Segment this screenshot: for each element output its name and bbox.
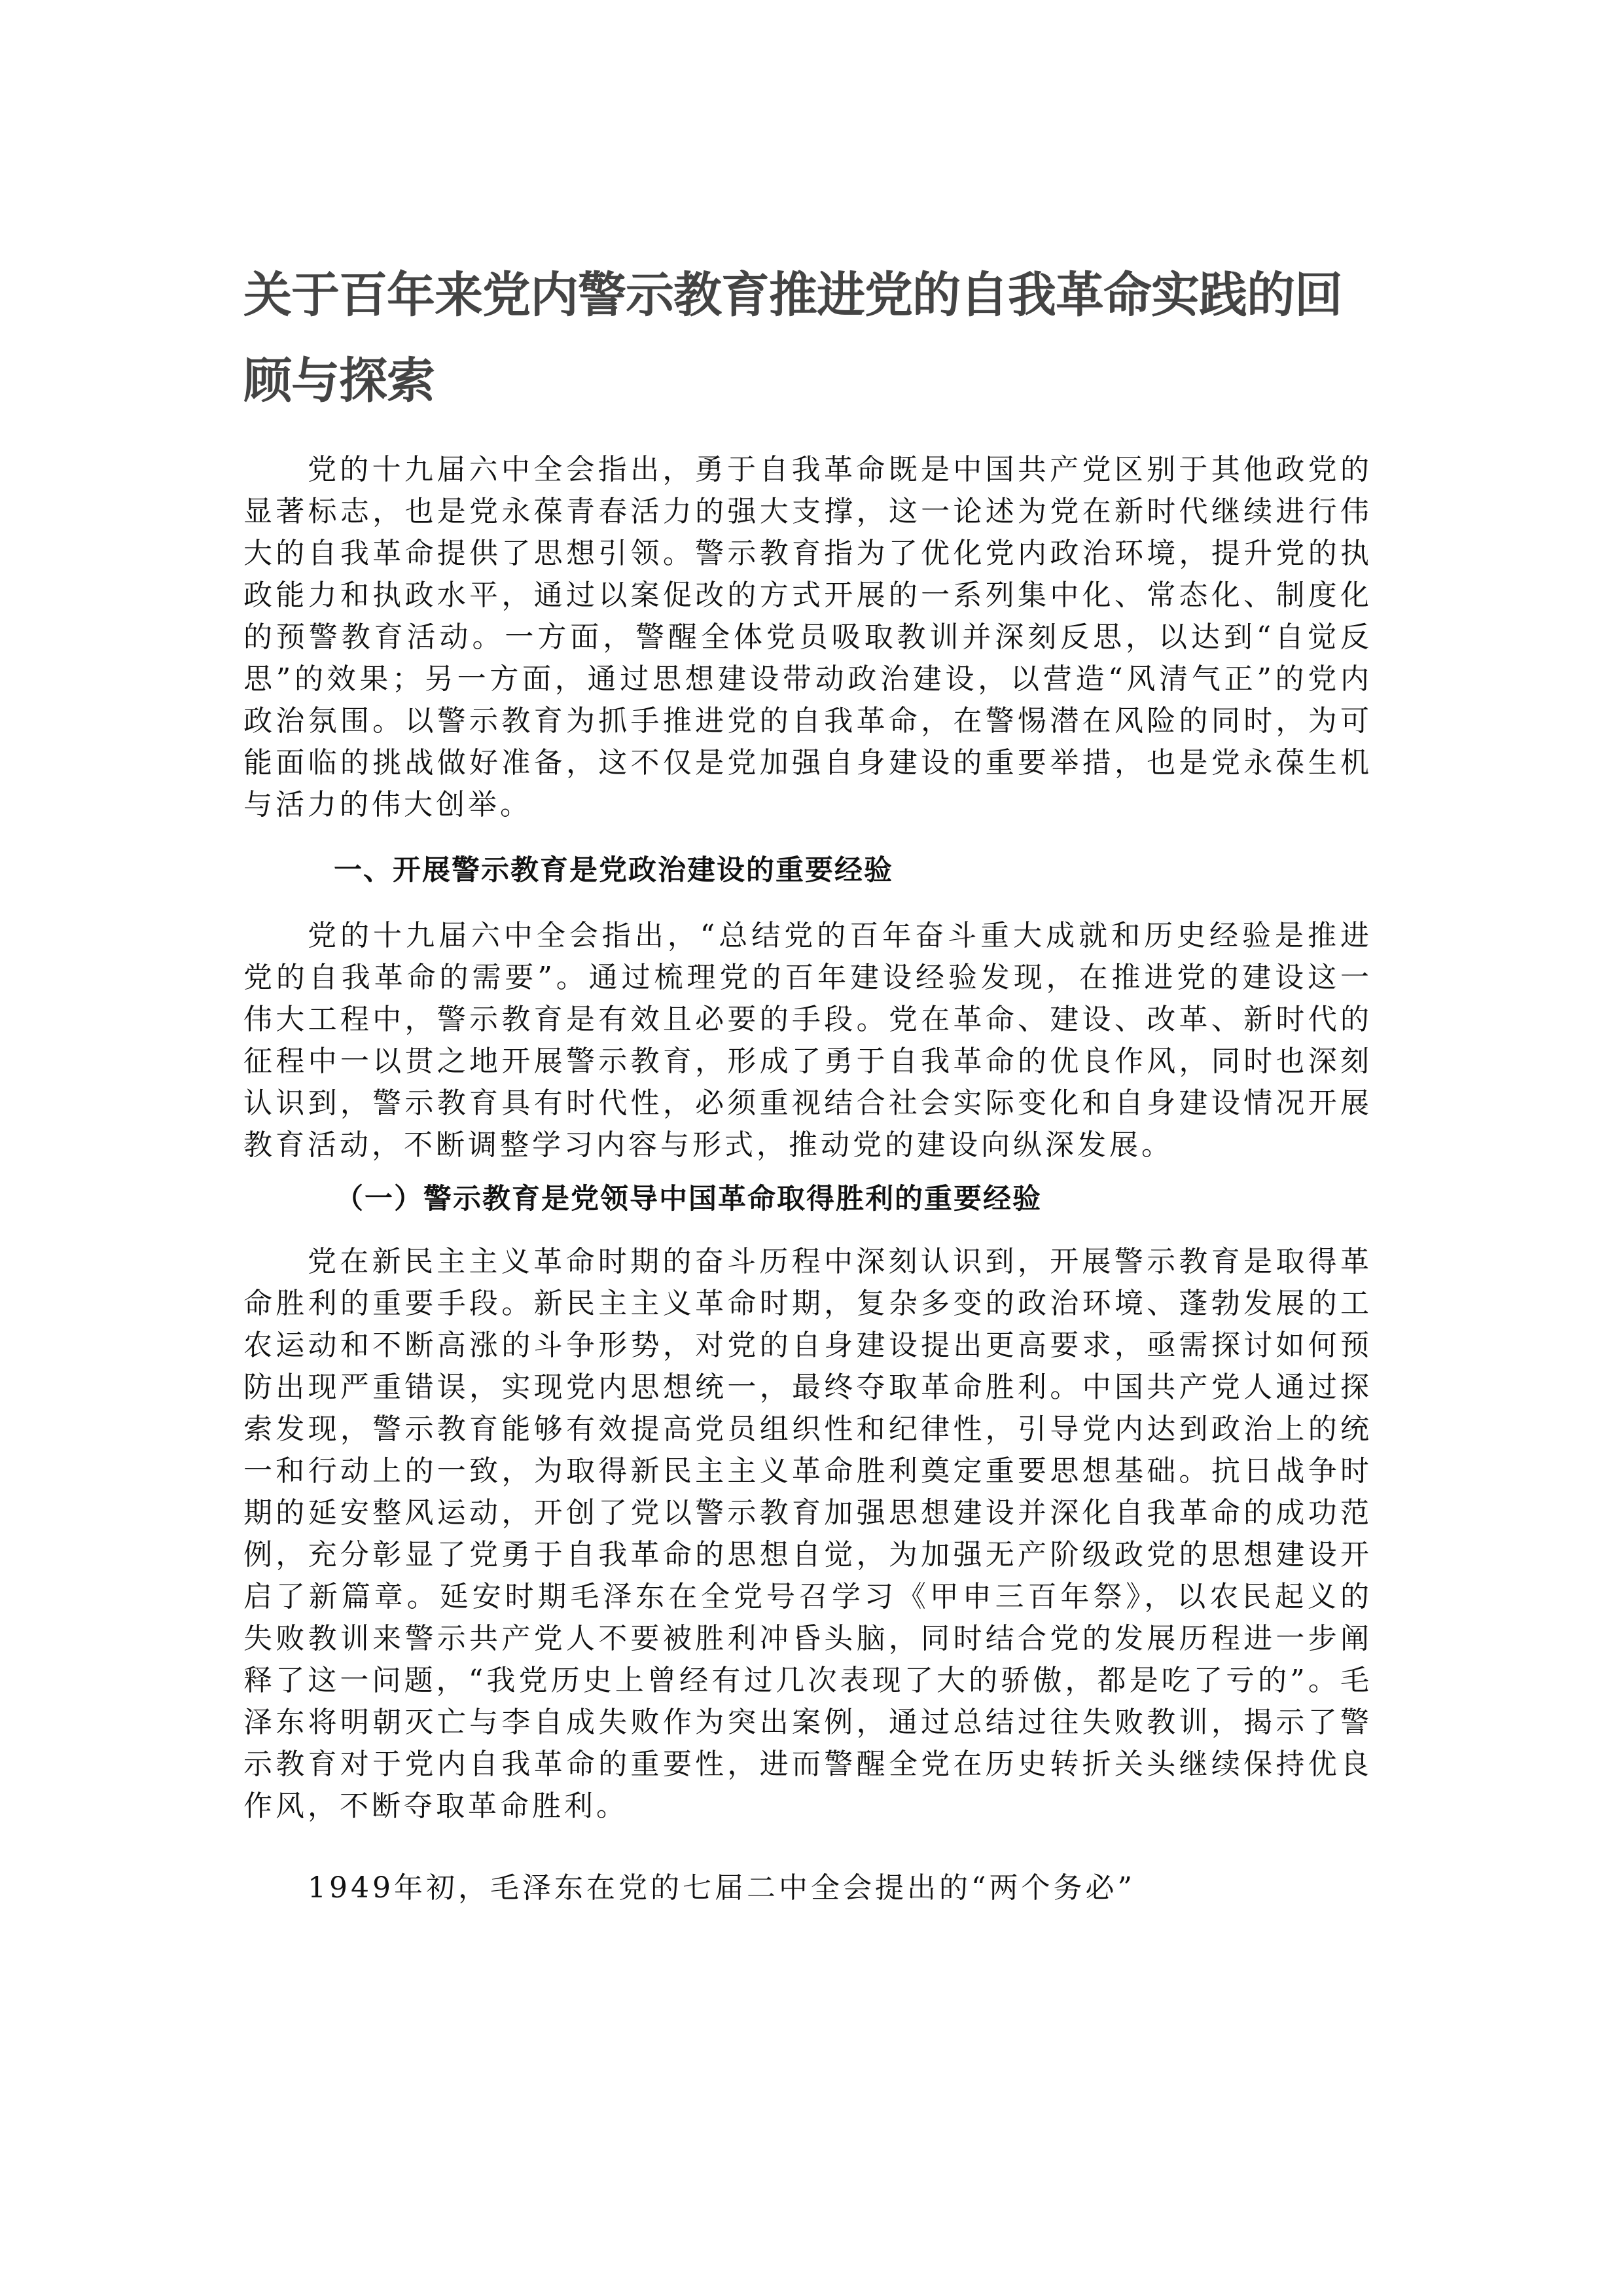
paragraph-1949: 1949年初，毛泽东在党的七届二中全会提出的“两个务必” [243,1867,1372,1909]
section-heading-1: 一、开展警示教育是党政治建设的重要经验 [334,850,893,891]
paragraph-subsection-1: 党在新民主主义革命时期的奋斗历程中深刻认识到，开展警示教育是取得革命胜利的重要手… [243,1241,1372,1827]
paragraph-section-1: 党的十九届六中全会指出，“总结党的百年奋斗重大成就和历史经验是推进党的自我革命的… [243,915,1372,1166]
subsection-heading-1: （一）警示教育是党领导中国革命取得胜利的重要经验 [335,1178,1042,1220]
paragraph-intro: 党的十九届六中全会指出，勇于自我革命既是中国共产党区别于其他政党的显著标志，也是… [243,449,1372,826]
document-title: 关于百年来党内警示教育推进党的自我革命实践的回顾与探索 [243,253,1372,424]
